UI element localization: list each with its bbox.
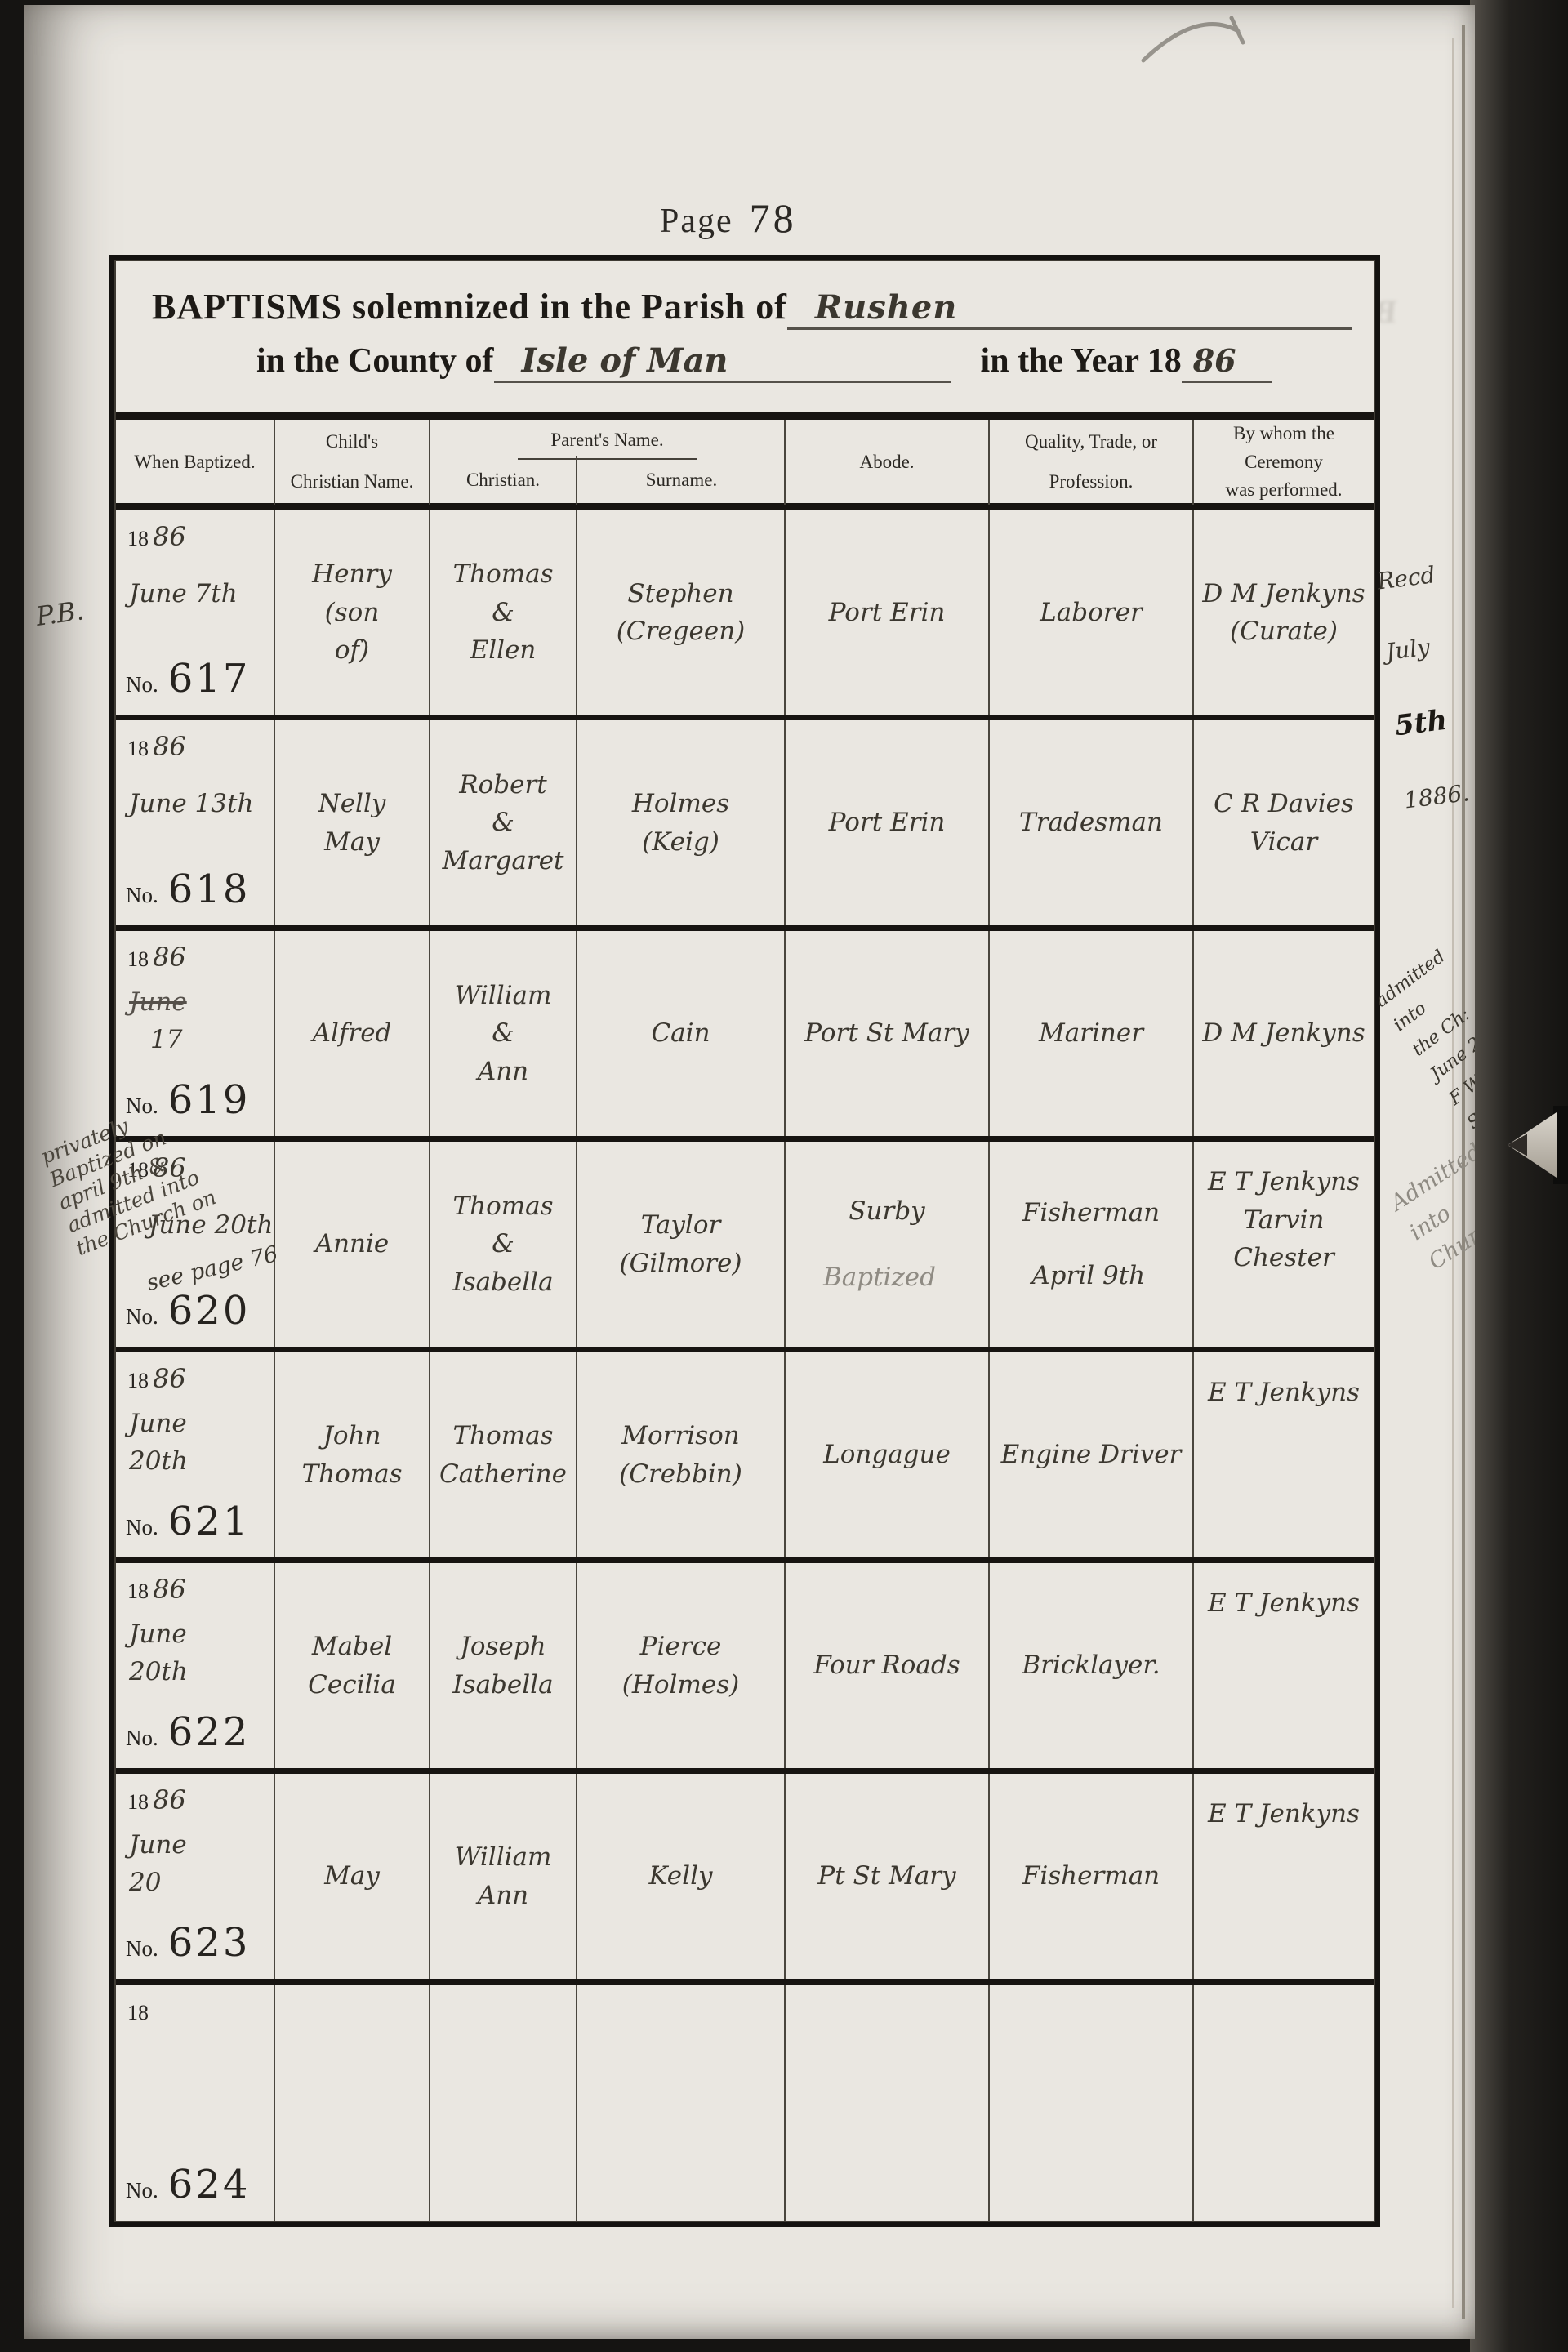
col-header-parent-surname: Surname. (577, 456, 786, 505)
row-622: 1886 June 20th No.622 Mabel Cecilia Jose… (116, 1557, 1374, 1768)
row-617: 1886 June 7th No.617 Henry (son of) Thom… (116, 510, 1374, 715)
when-baptized-cell: 18 No.624 (116, 1984, 275, 2221)
parent-christian-cell: Thomas & Isabella (430, 1142, 577, 1347)
year-handwritten: 86 (153, 1363, 186, 1394)
parent-christian-cell: Robert & Margaret (430, 720, 577, 925)
title-line2: in the County of (256, 341, 494, 381)
parent-surname-cell: Pierce (Holmes) (577, 1563, 786, 1768)
abode-cell: Four Roads (786, 1563, 990, 1768)
baptism-date: June 20th (116, 1615, 188, 1691)
abode-cell: Port Erin (786, 720, 990, 925)
col-header-by-whom: By whom the Ceremony was performed. (1194, 420, 1374, 505)
parent-surname-cell: Holmes (Keig) (577, 720, 786, 925)
baptism-date: June 20 (116, 1826, 187, 1902)
by-whom-cell: E T Jenkyns Tarvin Chester (1194, 1142, 1374, 1347)
entry-no-label: No. (126, 2174, 158, 2207)
when-baptized-cell: 1886 June 13th No.618 (116, 720, 275, 925)
county-handwritten: Isle of Man (494, 341, 750, 381)
abode-cell: Pt St Mary (786, 1774, 990, 1979)
parent-christian-cell: William Ann (430, 1774, 577, 1979)
row-621: 1886 June 20th No.621 John Thomas Thomas… (116, 1347, 1374, 1557)
year-printed: 18 (127, 737, 149, 760)
col-header-quality: Quality, Trade, or Profession. (990, 420, 1194, 505)
when-baptized-cell: 1886 June 20th No.622 (116, 1563, 275, 1768)
title-line1: BAPTISMS solemnized in the Parish of (152, 286, 787, 327)
abode-cell: Port Erin (786, 510, 990, 715)
entry-number: 623 (168, 1913, 251, 1972)
quality-cell: Fisherman (990, 1774, 1194, 1979)
scanned-register-page: Page 78 BAPTISMS solemnized in the BAPTI… (0, 0, 1568, 2352)
table-title: BAPTISMS solemnized in the Parish of Rus… (116, 261, 1374, 412)
baptism-date: June 20th (116, 1405, 188, 1481)
entry-number: 622 (168, 1703, 251, 1762)
col-header-when: When Baptized. (116, 420, 275, 505)
parent-christian-cell (430, 1984, 577, 2221)
register-table-inner: BAPTISMS solemnized in the Parish of Rus… (114, 260, 1375, 2222)
by-whom-cell: E T Jenkyns (1194, 1352, 1374, 1557)
abode-cell: Longague (786, 1352, 990, 1557)
row-620: 1886 June 20th No.620 Annie Thomas & Isa… (116, 1136, 1374, 1347)
entry-number: 624 (168, 2155, 251, 2214)
when-baptized-cell: 1886 June 7th No.617 (116, 510, 275, 715)
pencil-mark (1134, 7, 1272, 77)
abode-cell: Surby Baptized (786, 1142, 990, 1347)
parent-christian-cell: Joseph Isabella (430, 1563, 577, 1768)
page-label: Page (660, 202, 733, 241)
quality-pencil-note: April 9th (1031, 1257, 1145, 1295)
year-printed: 18 (127, 1369, 149, 1392)
by-whom-cell: C R Davies Vicar (1194, 720, 1374, 925)
child-name-cell: Annie (275, 1142, 430, 1347)
recd-line: 1886. (1402, 779, 1471, 814)
parent-surname-cell: Kelly (577, 1774, 786, 1979)
recd-line: 5th (1393, 704, 1449, 743)
parent-surname-cell: Stephen (Cregeen) (577, 510, 786, 715)
quality-cell (990, 1984, 1194, 2221)
child-name-cell: May (275, 1774, 430, 1979)
parish-handwritten: Rushen (787, 288, 978, 328)
entry-no-label: No. (126, 1511, 158, 1544)
quality-cell: Mariner (990, 931, 1194, 1136)
child-name-cell: Henry (son of) (275, 510, 430, 715)
year-handwritten: 86 (1182, 342, 1245, 381)
quality-text: Fisherman (1022, 1194, 1160, 1232)
recd-line: Recd (1375, 562, 1437, 595)
margin-note-admitted-620: Admitted into Church (1383, 1134, 1475, 1279)
entry-no-label: No. (126, 1722, 158, 1755)
by-whom-cell: E T Jenkyns (1194, 1774, 1374, 1979)
year-handwritten: 86 (153, 1574, 186, 1605)
baptism-date: June 13th (116, 785, 253, 823)
entry-no-label: No. (126, 879, 158, 912)
child-name-cell: Mabel Cecilia (275, 1563, 430, 1768)
baptism-date: June 7th (116, 575, 238, 613)
year-handwritten: 86 (153, 942, 186, 973)
struck-date: June (129, 983, 187, 1022)
paper-page: Page 78 BAPTISMS solemnized in the BAPTI… (24, 5, 1475, 2339)
entry-number: 620 (168, 1281, 251, 1340)
abode-pencil-note: Baptized (823, 1258, 936, 1297)
by-whom-cell: D M Jenkyns (1194, 931, 1374, 1136)
margin-initials-pb: P.B. (34, 595, 87, 632)
col-header-parents: Parent's Name. Christian. Surname. (430, 420, 786, 505)
page-header: Page 78 (660, 194, 797, 242)
year-printed: 18 (127, 1579, 149, 1603)
parent-surname-cell (577, 1984, 786, 2221)
row-618: 1886 June 13th No.618 Nelly May Robert &… (116, 715, 1374, 925)
margin-note-received: Recd July 5th 1886. (1371, 521, 1472, 818)
quality-cell: Fisherman April 9th (990, 1142, 1194, 1347)
child-name-cell: Nelly May (275, 720, 430, 925)
when-baptized-cell: 1886 June 20th No.621 (116, 1352, 275, 1557)
quality-cell: Bricklayer. (990, 1563, 1194, 1768)
parent-christian-cell: Thomas Catherine (430, 1352, 577, 1557)
year-handwritten: 86 (153, 1784, 186, 1815)
parent-surname-cell: Cain (577, 931, 786, 1136)
parent-christian-cell: William & Ann (430, 931, 577, 1136)
col-header-child: Child's Christian Name. (275, 420, 430, 505)
row-619: 1886 June17 No.619 Alfred William & Ann … (116, 925, 1374, 1136)
child-name-cell: Alfred (275, 931, 430, 1136)
year-handwritten: 86 (153, 731, 186, 762)
year-printed: 18 (127, 1790, 149, 1814)
quality-cell: Engine Driver (990, 1352, 1194, 1557)
when-baptized-cell: 1886 June 20 No.623 (116, 1774, 275, 1979)
page-number: 78 (750, 194, 797, 242)
entry-no-label: No. (126, 1300, 158, 1334)
col-header-parent-christian: Christian. (430, 456, 577, 505)
by-whom-cell: E T Jenkyns (1194, 1563, 1374, 1768)
quality-cell: Tradesman (990, 720, 1194, 925)
margin-note-admitted-619: admitted into the Ch: June 27th F W Stub… (1369, 928, 1475, 1138)
quality-cell: Laborer (990, 510, 1194, 715)
year-printed: 18 (127, 527, 149, 550)
child-name-cell: John Thomas (275, 1352, 430, 1557)
year-printed: 18 (127, 2001, 149, 2025)
pencil (1508, 1104, 1568, 1186)
when-baptized-cell: 1886 June17 No.619 (116, 931, 275, 1136)
parent-christian-cell: Thomas & Ellen (430, 510, 577, 715)
abode-cell (786, 1984, 990, 2221)
register-table: BAPTISMS solemnized in the Parish of Rus… (109, 255, 1380, 2227)
abode-text: Surby (849, 1192, 924, 1231)
recd-line: July (1384, 634, 1432, 666)
row-623: 1886 June 20 No.623 May William Ann Kell… (116, 1768, 1374, 1979)
parent-surname-cell: Taylor (Gilmore) (577, 1142, 786, 1347)
entry-no-label: No. (126, 1932, 158, 1966)
entry-number: 618 (168, 860, 251, 919)
col-header-abode: Abode. (786, 420, 990, 505)
by-whom-cell (1194, 1984, 1374, 2221)
baptism-date: 17 (129, 1025, 182, 1054)
entry-no-label: No. (126, 668, 158, 702)
year-label: in the Year 18 (981, 341, 1182, 381)
column-headers: When Baptized. Child's Christian Name. P… (116, 412, 1374, 510)
parent-surname-cell: Morrison (Crebbin) (577, 1352, 786, 1557)
child-name-cell (275, 1984, 430, 2221)
by-whom-cell: D M Jenkyns (Curate) (1194, 510, 1374, 715)
row-624: 18 No.624 (116, 1979, 1374, 2221)
year-handwritten: 86 (153, 521, 186, 552)
year-printed: 18 (127, 947, 149, 971)
entry-number: 621 (168, 1492, 251, 1551)
entry-number: 617 (168, 649, 251, 708)
abode-cell: Port St Mary (786, 931, 990, 1136)
